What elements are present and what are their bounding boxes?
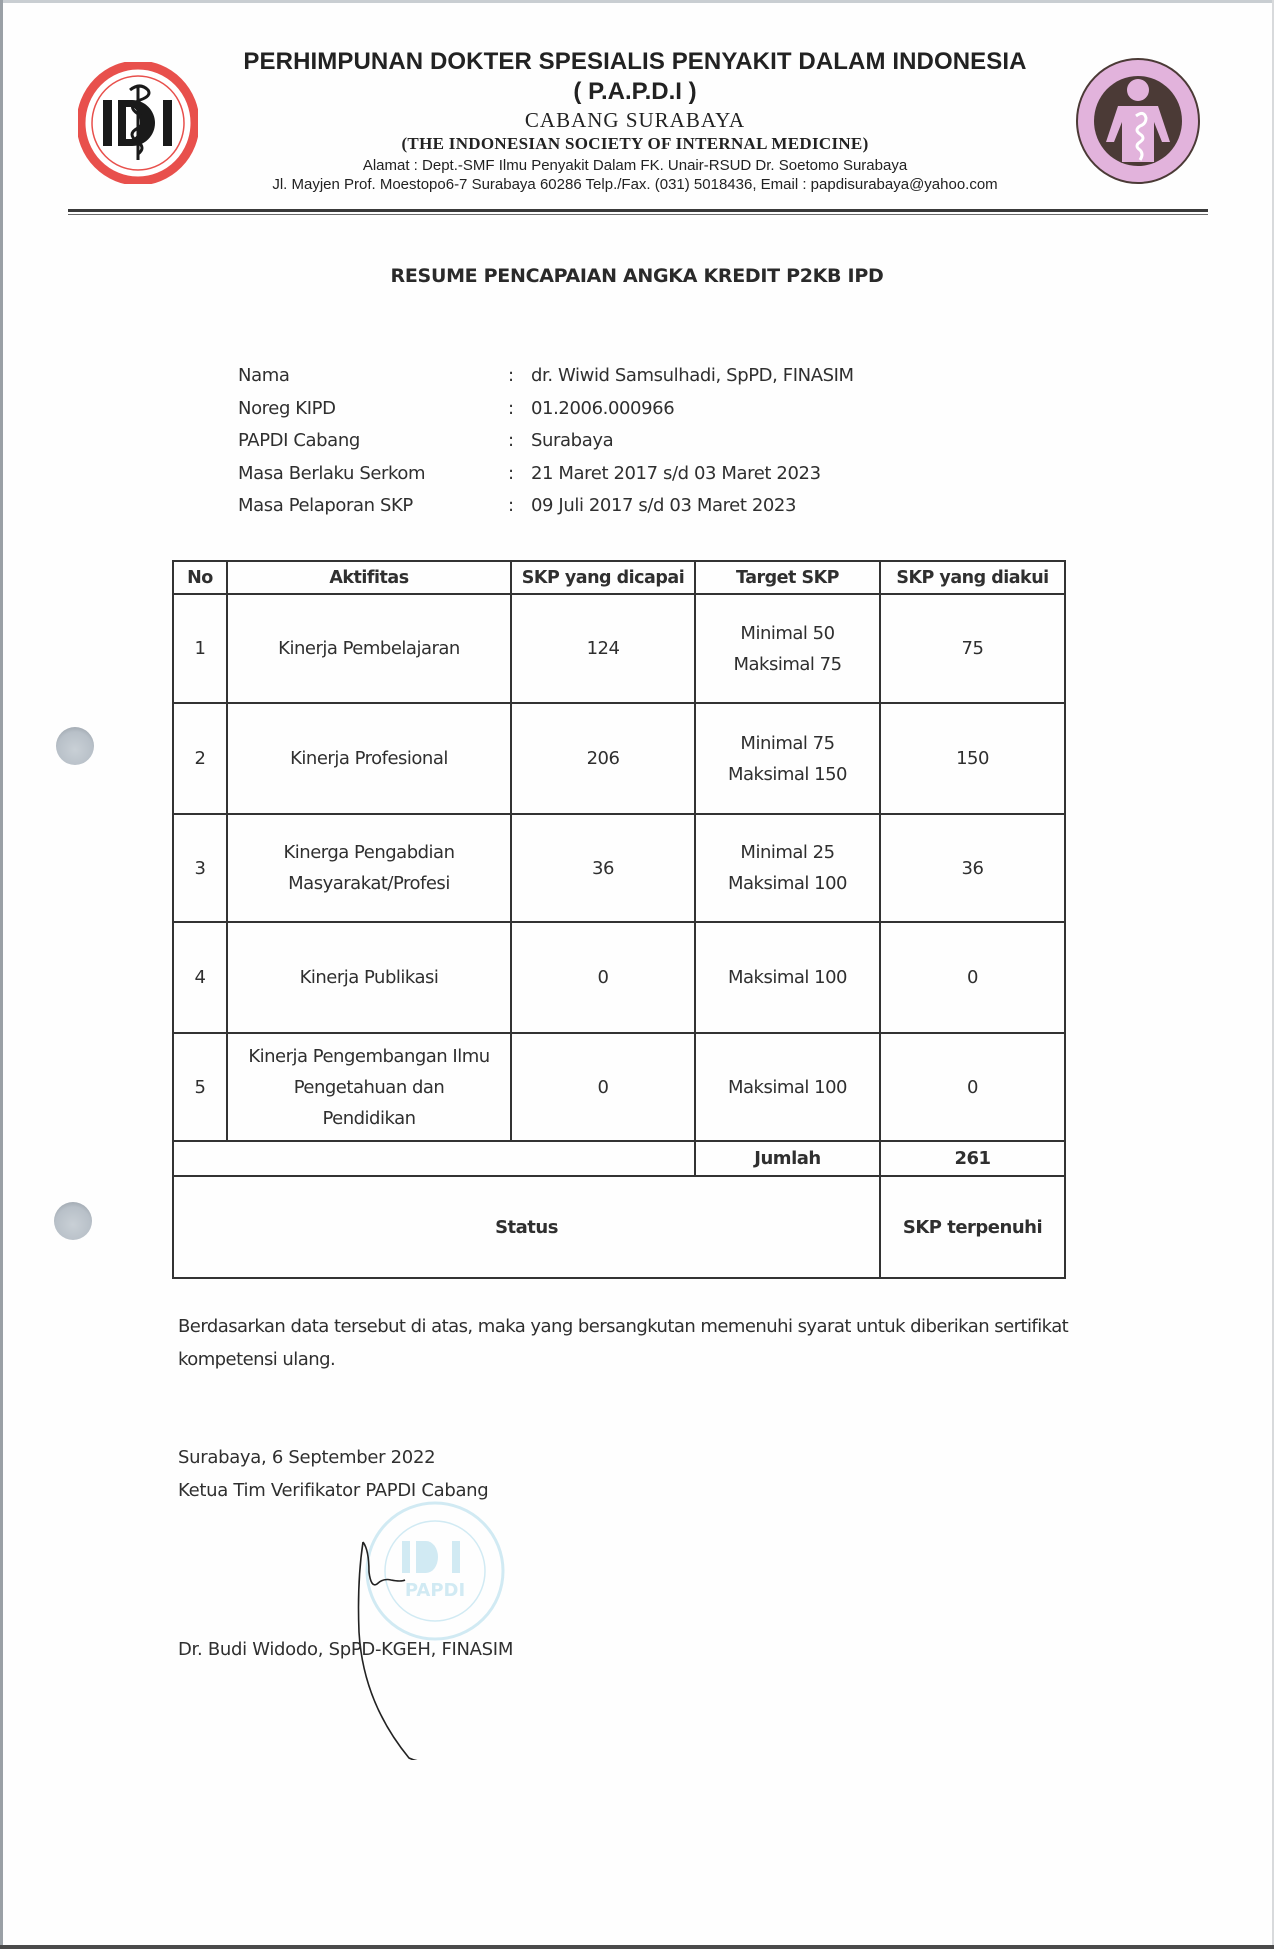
- cell-no: 4: [173, 922, 227, 1033]
- target-line: Maksimal 100: [700, 962, 875, 993]
- cell-diakui: 150: [880, 703, 1065, 814]
- aktifitas-line: Kinerja Pembelajaran: [232, 633, 506, 664]
- cell-target: Maksimal 100: [695, 922, 880, 1033]
- page-edge-top: [0, 0, 1274, 3]
- aktifitas-line: Pendidikan: [232, 1103, 506, 1134]
- cell-no: 5: [173, 1033, 227, 1141]
- status-label: Status: [173, 1176, 880, 1278]
- target-line: Minimal 75: [700, 728, 875, 759]
- org-address-line-2: Jl. Mayjen Prof. Moestopo6-7 Surabaya 60…: [180, 176, 1090, 193]
- document-title: RESUME PENCAPAIAN ANGKA KREDIT P2KB IPD: [0, 265, 1274, 287]
- status-badge: SKP terpenuhi: [880, 1176, 1065, 1278]
- org-branch: CABANG SURABAYA: [180, 108, 1090, 133]
- cell-dicapai: 0: [511, 922, 695, 1033]
- info-label: Masa Berlaku Serkom: [238, 463, 425, 484]
- info-value: 09 Juli 2017 s/d 03 Maret 2023: [531, 495, 796, 516]
- table-row: 2 Kinerja Profesional 206 Minimal 75Maks…: [173, 703, 1065, 814]
- org-name: PERHIMPUNAN DOKTER SPESIALIS PENYAKIT DA…: [180, 48, 1090, 76]
- cell-dicapai: 206: [511, 703, 695, 814]
- aktifitas-line: Masyarakat/Profesi: [232, 868, 506, 899]
- info-colon: :: [508, 463, 514, 484]
- cell-no: 3: [173, 814, 227, 922]
- target-line: Maksimal 150: [700, 759, 875, 790]
- cell-aktifitas: Kinerja Profesional: [227, 703, 511, 814]
- cell-diakui: 36: [880, 814, 1065, 922]
- info-value: 21 Maret 2017 s/d 03 Maret 2023: [531, 463, 821, 484]
- signer-name: Dr. Budi Widodo, SpPD-KGEH, FINASIM: [178, 1639, 513, 1660]
- table-row: 3 Kinerga PengabdianMasyarakat/Profesi 3…: [173, 814, 1065, 922]
- cell-aktifitas: Kinerja Pengembangan IlmuPengetahuan dan…: [227, 1033, 511, 1141]
- cell-no: 1: [173, 594, 227, 703]
- info-label: Nama: [238, 365, 289, 386]
- cell-target: Minimal 25Maksimal 100: [695, 814, 880, 922]
- target-line: Maksimal 75: [700, 649, 875, 680]
- cell-dicapai: 36: [511, 814, 695, 922]
- cell-diakui: 0: [880, 1033, 1065, 1141]
- page-edge-left: [0, 0, 3, 1949]
- sum-empty-cell: [173, 1141, 695, 1176]
- info-colon: :: [508, 430, 514, 451]
- cell-no: 2: [173, 703, 227, 814]
- table-sum-row: Jumlah 261: [173, 1141, 1065, 1176]
- punch-hole: [56, 727, 94, 765]
- cell-dicapai: 124: [511, 594, 695, 703]
- target-line: Maksimal 100: [700, 868, 875, 899]
- info-colon: :: [508, 495, 514, 516]
- column-header: Aktifitas: [227, 561, 511, 594]
- aktifitas-line: Pengetahuan dan: [232, 1072, 506, 1103]
- table-row: 4 Kinerja Publikasi 0 Maksimal 100 0: [173, 922, 1065, 1033]
- page-edge-bottom: [0, 1945, 1274, 1949]
- aktifitas-line: Kinerja Publikasi: [232, 962, 506, 993]
- aktifitas-line: Kinerja Profesional: [232, 743, 506, 774]
- cell-diakui: 75: [880, 594, 1065, 703]
- column-header: Target SKP: [695, 561, 880, 594]
- papdi-seal-icon: [1074, 56, 1202, 186]
- info-colon: :: [508, 398, 514, 419]
- column-header: SKP yang dicapai: [511, 561, 695, 594]
- sum-label: Jumlah: [695, 1141, 880, 1176]
- punch-hole: [54, 1202, 92, 1240]
- info-label: Masa Pelaporan SKP: [238, 495, 413, 516]
- column-header: SKP yang diakui: [880, 561, 1065, 594]
- conclusion-text: Berdasarkan data tersebut di atas, maka …: [178, 1310, 1118, 1376]
- cell-target: Minimal 75Maksimal 150: [695, 703, 880, 814]
- cell-dicapai: 0: [511, 1033, 695, 1141]
- org-english-name: (THE INDONESIAN SOCIETY OF INTERNAL MEDI…: [180, 134, 1090, 154]
- letterhead-rule-thin: [68, 214, 1208, 215]
- cell-diakui: 0: [880, 922, 1065, 1033]
- info-value: Surabaya: [531, 430, 613, 451]
- letterhead-rule: [68, 209, 1208, 212]
- place-date: Surabaya, 6 September 2022: [178, 1441, 488, 1474]
- cell-aktifitas: Kinerja Pembelajaran: [227, 594, 511, 703]
- aktifitas-line: Kinerja Pengembangan Ilmu: [232, 1041, 506, 1072]
- info-value: 01.2006.000966: [531, 398, 674, 419]
- table-status-row: Status SKP terpenuhi: [173, 1176, 1065, 1278]
- target-line: Minimal 25: [700, 837, 875, 868]
- column-header: No: [173, 561, 227, 594]
- info-colon: :: [508, 365, 514, 386]
- org-abbreviation: ( P.A.P.D.I ): [180, 78, 1090, 106]
- target-line: Maksimal 100: [700, 1072, 875, 1103]
- info-value: dr. Wiwid Samsulhadi, SpPD, FINASIM: [531, 365, 854, 386]
- table-header-row: No Aktifitas SKP yang dicapai Target SKP…: [173, 561, 1065, 594]
- cell-aktifitas: Kinerga PengabdianMasyarakat/Profesi: [227, 814, 511, 922]
- cell-target: Maksimal 100: [695, 1033, 880, 1141]
- sum-value: 261: [880, 1141, 1065, 1176]
- table-row: 5 Kinerja Pengembangan IlmuPengetahuan d…: [173, 1033, 1065, 1141]
- target-line: Minimal 50: [700, 618, 875, 649]
- table-row: 1 Kinerja Pembelajaran 124 Minimal 50Mak…: [173, 594, 1065, 703]
- org-address-line-1: Alamat : Dept.-SMF Ilmu Penyakit Dalam F…: [180, 157, 1090, 174]
- info-label: Noreg KIPD: [238, 398, 336, 419]
- cell-aktifitas: Kinerja Publikasi: [227, 922, 511, 1033]
- info-label: PAPDI Cabang: [238, 430, 360, 451]
- aktifitas-line: Kinerga Pengabdian: [232, 837, 506, 868]
- cell-target: Minimal 50Maksimal 75: [695, 594, 880, 703]
- skp-table: No Aktifitas SKP yang dicapai Target SKP…: [172, 560, 1066, 1279]
